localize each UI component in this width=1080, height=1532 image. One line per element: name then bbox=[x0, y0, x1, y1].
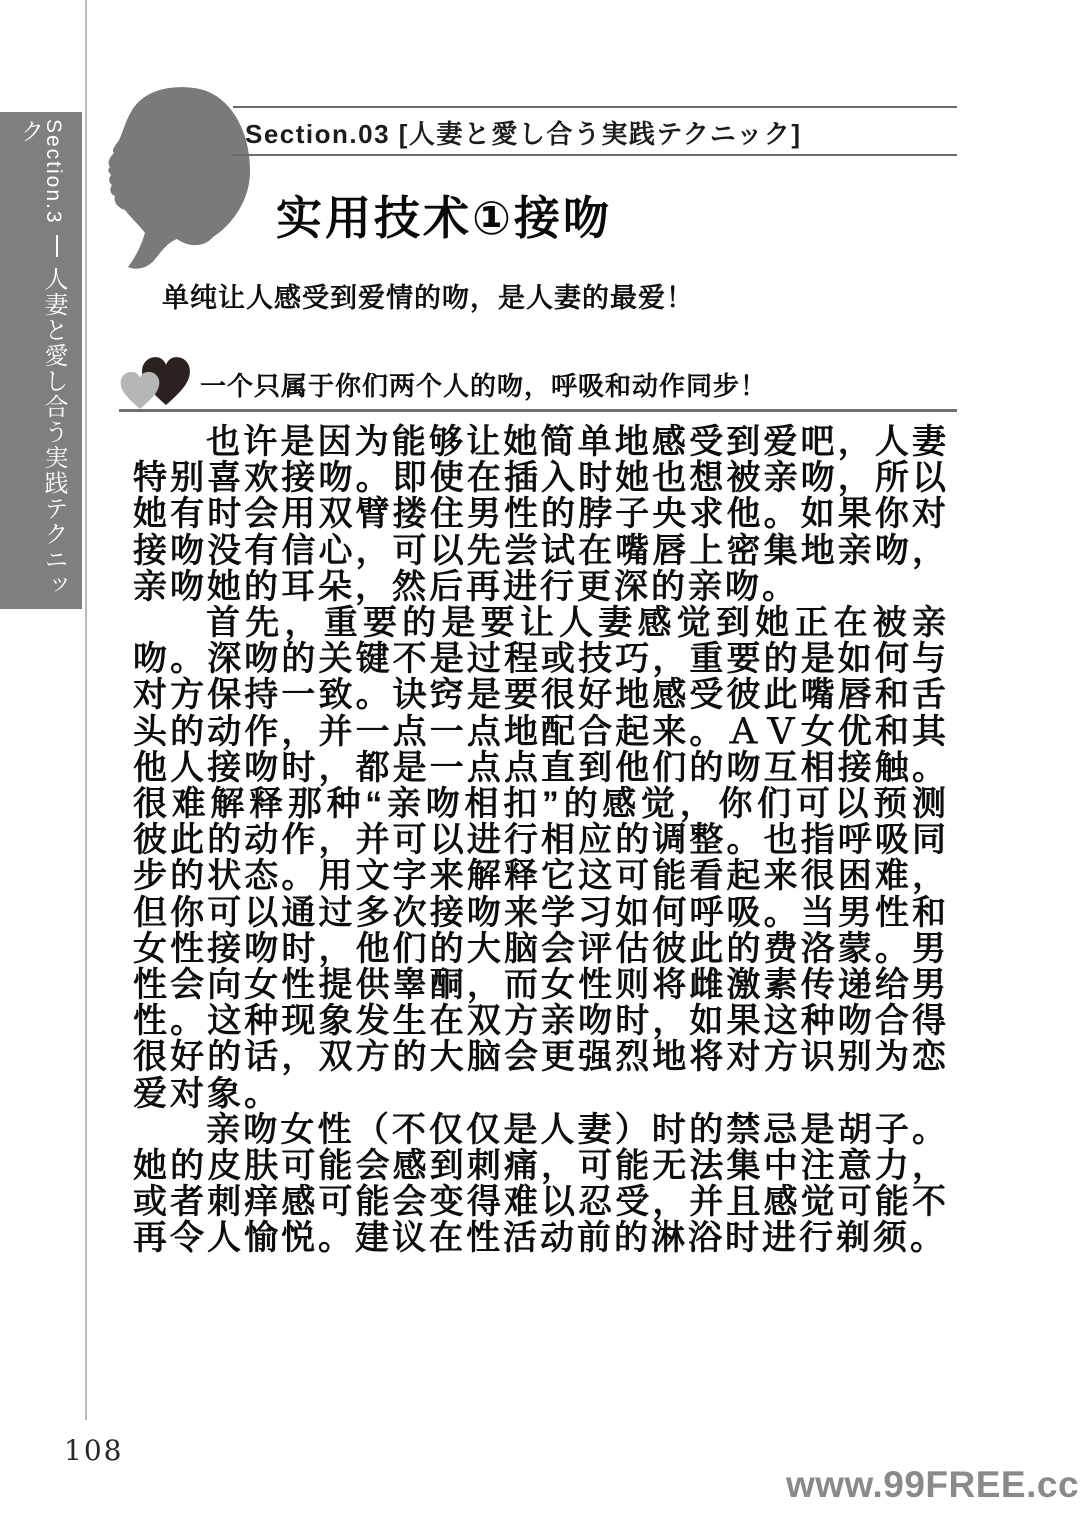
body-paragraph: 亲吻女性（不仅仅是人妻）时的禁忌是胡子。她的皮肤可能会感到刺痛，可能无法集中注意… bbox=[133, 1112, 949, 1257]
woman-head-silhouette-icon bbox=[108, 86, 256, 278]
book-page: Section.3人妻と愛し合う実践テクニック Section.03 [人妻と愛… bbox=[0, 0, 1080, 1532]
body-paragraph: 也许是因为能够让她简单地感受到爱吧，人妻特别喜欢接吻。即使在插入时她也想被亲吻，… bbox=[133, 424, 949, 605]
page-title: 实用技术①接吻 bbox=[276, 182, 612, 248]
page-subtitle: 单纯让人感受到爱情的吻，是人妻的最爱！ bbox=[162, 276, 694, 315]
header-rule-top bbox=[233, 106, 957, 108]
page-number: 108 bbox=[64, 1434, 123, 1467]
sidebar-vertical-text: Section.3人妻と愛し合う実践テクニック bbox=[17, 112, 65, 609]
header-rule-bottom bbox=[233, 154, 957, 156]
body-paragraph: 首先，重要的是要让人妻感觉到她正在被亲吻。深吻的关键不是过程或技巧，重要的是如何… bbox=[133, 605, 949, 1112]
heart-light bbox=[121, 372, 160, 409]
callout-rule bbox=[119, 409, 957, 412]
watermark: www.99FREE.cc bbox=[786, 1464, 1079, 1506]
sidebar-divider bbox=[56, 235, 58, 257]
margin-rule bbox=[85, 0, 87, 1420]
section-sidebar: Section.3人妻と愛し合う実践テクニック bbox=[0, 112, 82, 609]
callout-text: 一个只属于你们两个人的吻，呼吸和动作同步！ bbox=[200, 366, 767, 403]
section-kicker: Section.03 [人妻と愛し合う実践テクニック] bbox=[245, 114, 802, 151]
body-text: 也许是因为能够让她简单地感受到爱吧，人妻特别喜欢接吻。即使在插入时她也想被亲吻，… bbox=[133, 424, 949, 1257]
woman-head-silhouette-shape bbox=[108, 87, 250, 269]
sidebar-section-number: Section.3 bbox=[42, 119, 65, 225]
